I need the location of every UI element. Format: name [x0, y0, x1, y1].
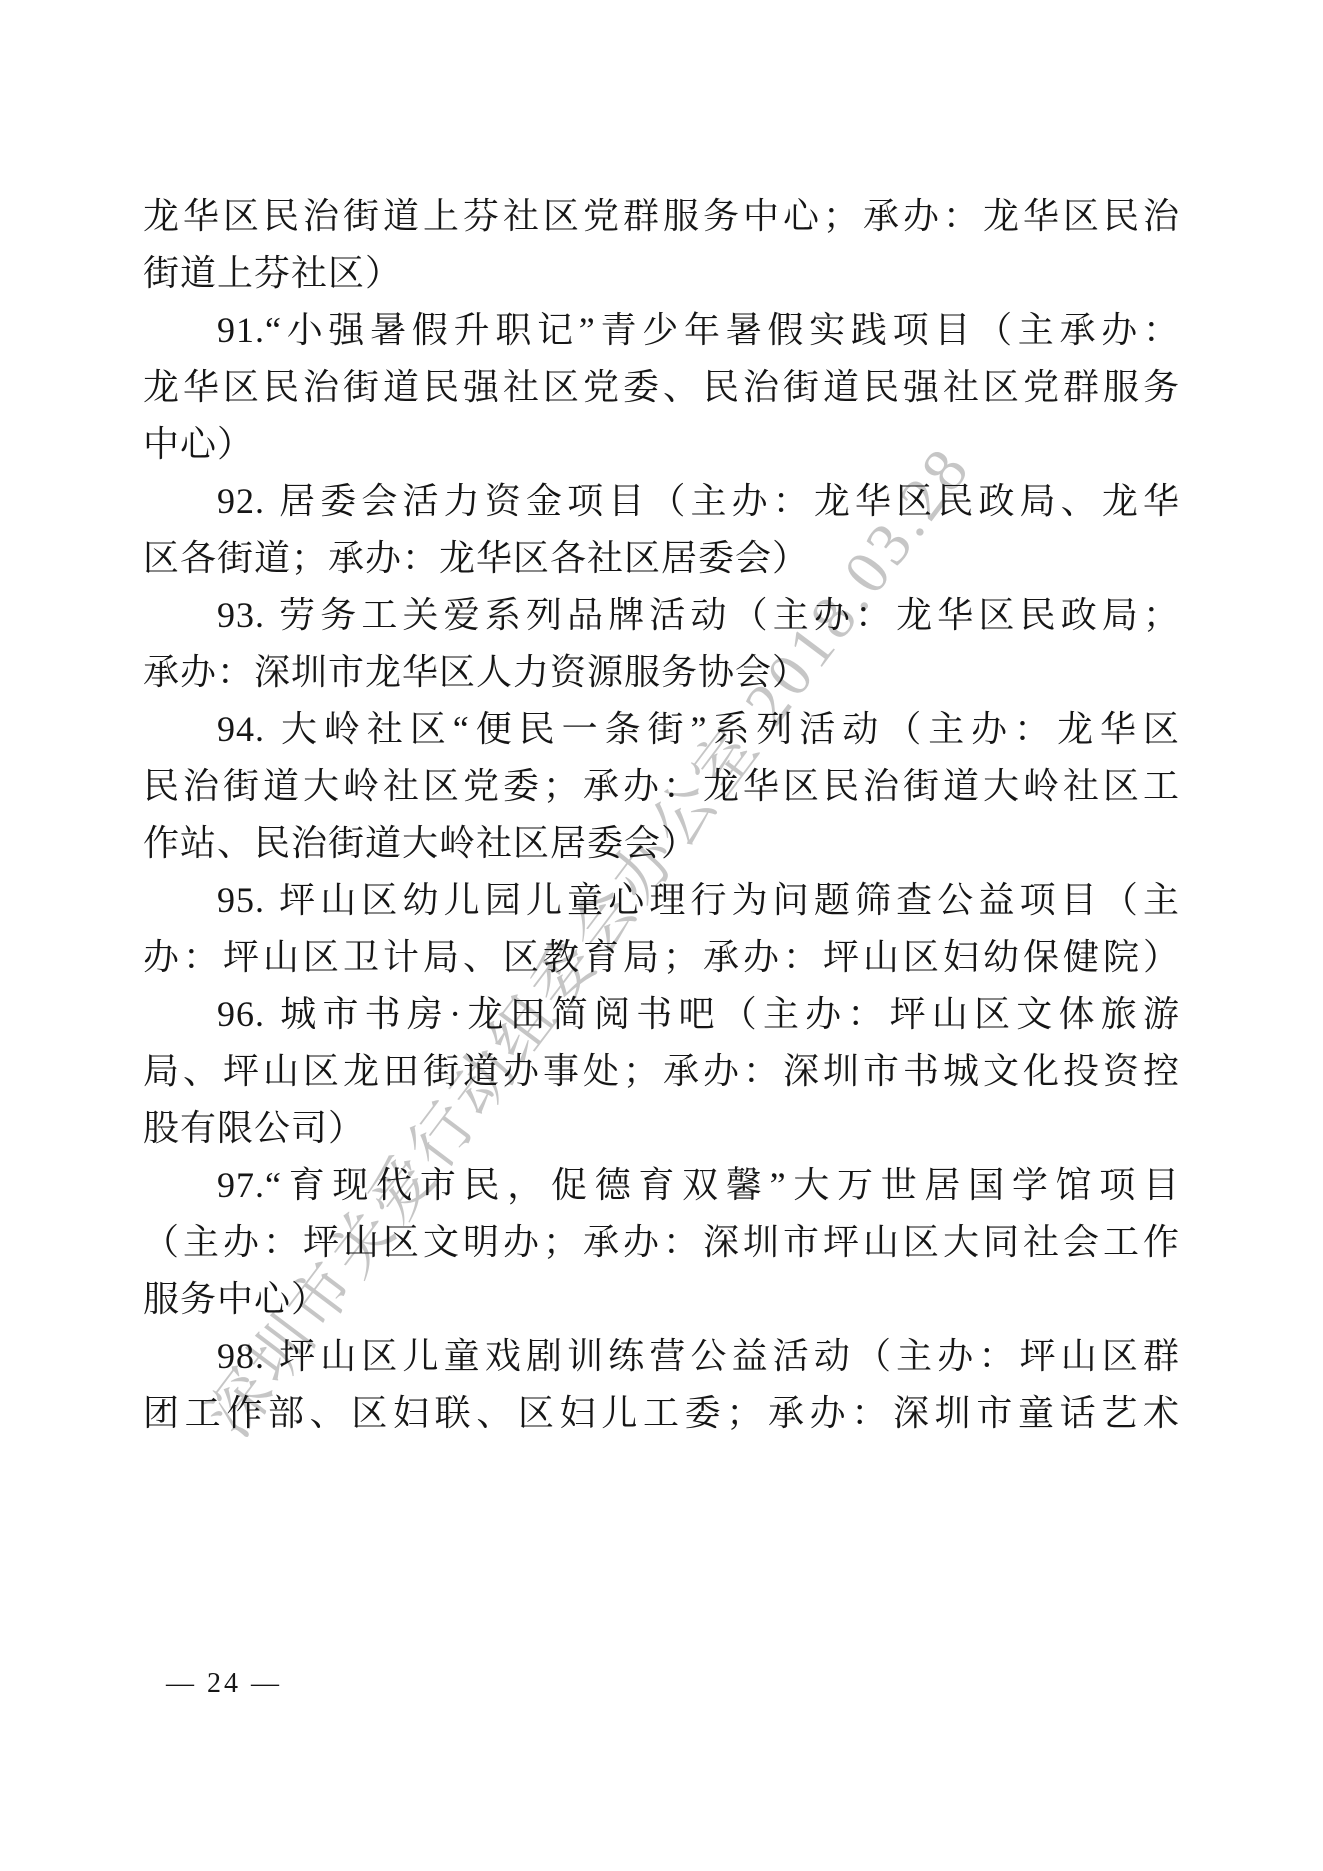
- text-line: 96. 城市书房·龙田简阅书吧（主办：坪山区文体旅游: [143, 986, 1180, 1043]
- text-line: 团工作部、区妇联、区妇儿工委；承办：深圳市童话艺术: [143, 1385, 1180, 1442]
- text-line: 局、坪山区龙田街道办事处；承办：深圳市书城文化投资控: [143, 1043, 1180, 1100]
- text-line: 95. 坪山区幼儿园儿童心理行为问题筛查公益项目（主: [143, 872, 1180, 929]
- body-text: 龙华区民治街道上芬社区党群服务中心；承办：龙华区民治 街道上芬社区） 91.“小…: [143, 188, 1180, 1442]
- text-line: 民治街道大岭社区党委；承办：龙华区民治街道大岭社区工: [143, 758, 1180, 815]
- text-line: 承办：深圳市龙华区人力资源服务协会）: [143, 644, 1180, 701]
- text-line: 区各街道；承办：龙华区各社区居委会）: [143, 530, 1180, 587]
- text-line: 办：坪山区卫计局、区教育局；承办：坪山区妇幼保健院）: [143, 929, 1180, 986]
- text-line: 作站、民治街道大岭社区居委会）: [143, 815, 1180, 872]
- text-line: 龙华区民治街道上芬社区党群服务中心；承办：龙华区民治: [143, 188, 1180, 245]
- text-line: 98. 坪山区儿童戏剧训练营公益活动（主办：坪山区群: [143, 1328, 1180, 1385]
- document-page: 深圳市关爱行动组委会办公室 2018.03.28 龙华区民治街道上芬社区党群服务…: [0, 0, 1323, 1871]
- text-line: 龙华区民治街道民强社区党委、民治街道民强社区党群服务: [143, 359, 1180, 416]
- text-line: 97.“育现代市民，促德育双馨”大万世居国学馆项目: [143, 1157, 1180, 1214]
- text-line: （主办：坪山区文明办；承办：深圳市坪山区大同社会工作: [143, 1214, 1180, 1271]
- text-line: 93. 劳务工关爱系列品牌活动（主办：龙华区民政局；: [143, 587, 1180, 644]
- text-line: 服务中心）: [143, 1271, 1180, 1328]
- text-line: 中心）: [143, 416, 1180, 473]
- text-line: 股有限公司）: [143, 1100, 1180, 1157]
- text-line: 91.“小强暑假升职记”青少年暑假实践项目（主承办：: [143, 302, 1180, 359]
- text-line: 街道上芬社区）: [143, 245, 1180, 302]
- text-line: 92. 居委会活力资金项目（主办：龙华区民政局、龙华: [143, 473, 1180, 530]
- page-number: — 24 —: [166, 1668, 282, 1700]
- text-line: 94. 大岭社区“便民一条街”系列活动（主办：龙华区: [143, 701, 1180, 758]
